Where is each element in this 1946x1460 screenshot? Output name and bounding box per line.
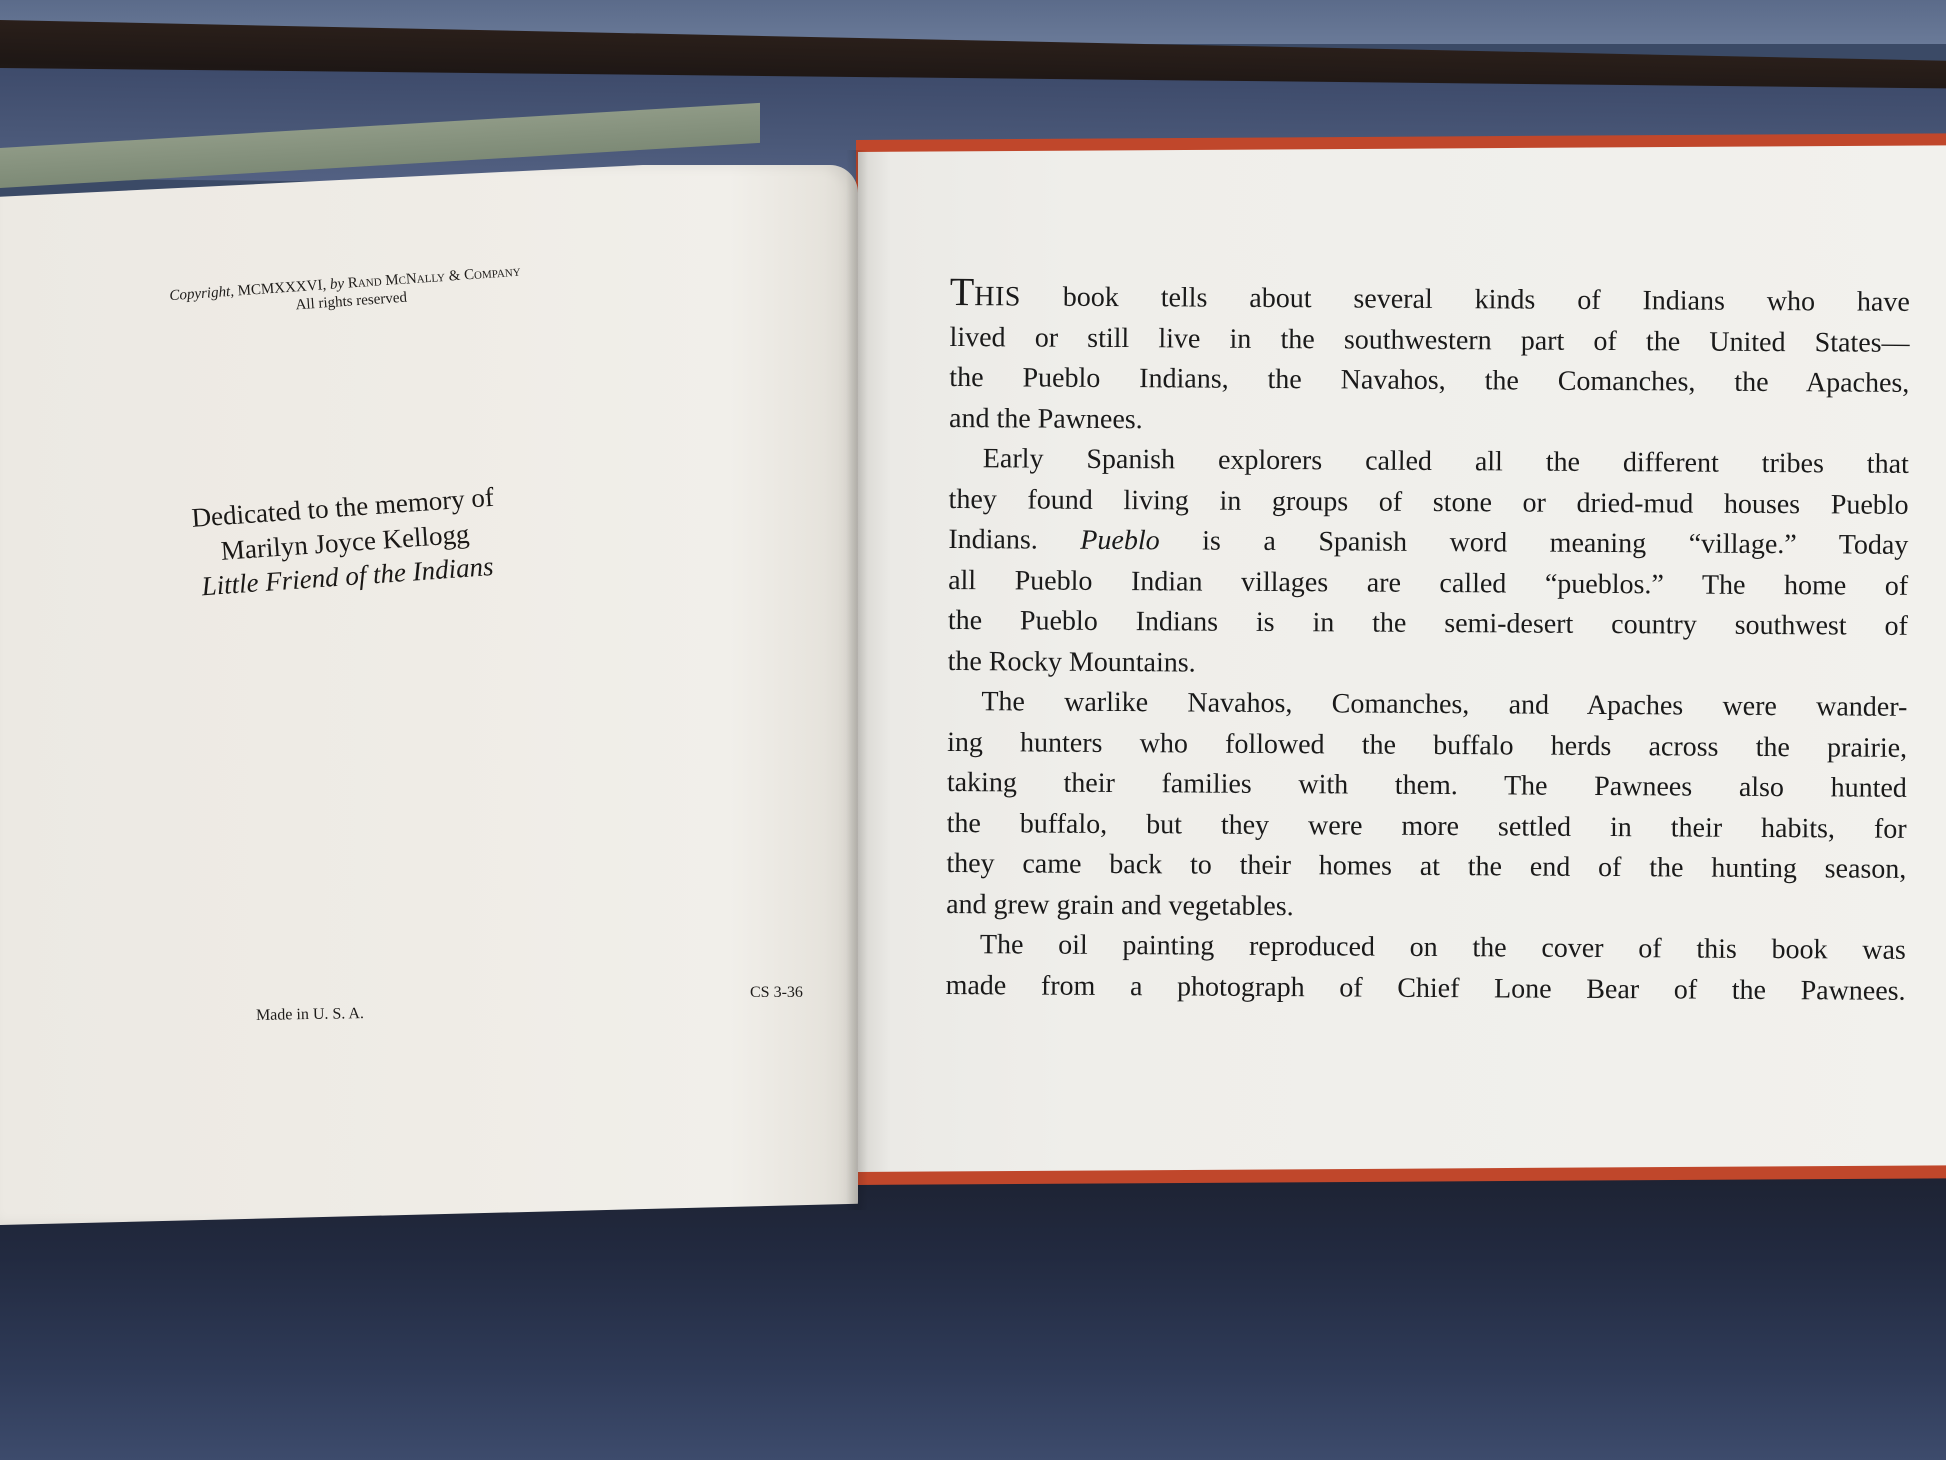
- paragraph-3-line-5: they came back to their homes at the end…: [946, 844, 1906, 890]
- paragraph-2-line-6: the Rocky Mountains.: [947, 641, 1907, 687]
- paragraph-1-line-4: and the Pawnees.: [949, 398, 1909, 444]
- paragraph-3-line-2: ing hunters who followed the buffalo her…: [947, 722, 1907, 768]
- paragraph-2-line-3: Indians. Pueblo is a Spanish word meanin…: [948, 520, 1908, 566]
- italic-word: Pueblo: [1080, 525, 1160, 556]
- made-in-label: Made in U. S. A.: [256, 1005, 364, 1025]
- paragraph-1-line-1: THIS book tells about several kinds of I…: [950, 272, 1910, 323]
- print-code: CS 3-36: [750, 984, 803, 1002]
- book-spine: [846, 150, 868, 1210]
- paragraph-4-line-2: made from a photograph of Chief Lone Bea…: [946, 965, 1906, 1011]
- paragraph-3-line-6: and grew grain and vegetables.: [946, 884, 1906, 930]
- small-caps: HIS: [974, 281, 1021, 312]
- paragraph-2-line-2: they found living in groups of stone or …: [948, 479, 1908, 525]
- copyright-by: by: [329, 276, 344, 293]
- paragraph-3-line-4: the buffalo, but they were more settled …: [947, 803, 1907, 849]
- paragraph-3-line-1: The warlike Navahos, Comanches, and Apac…: [947, 682, 1907, 728]
- body-text: THIS book tells about several kinds of I…: [946, 272, 1910, 1012]
- copyright-prefix: Copyright,: [169, 284, 235, 304]
- paragraph-1-line-3: the Pueblo Indians, the Navahos, the Com…: [949, 358, 1909, 404]
- paragraph-2-line-5: the Pueblo Indians is in the semi-desert…: [948, 601, 1908, 647]
- drop-cap: T: [950, 269, 975, 314]
- paragraph-4-line-1: The oil painting reproduced on the cover…: [946, 925, 1906, 971]
- paragraph-2-line-1: Early Spanish explorers called all the d…: [949, 439, 1909, 485]
- paragraph-2-line-4: all Pueblo Indian villages are called “p…: [948, 560, 1908, 606]
- paragraph-1-line-2: lived or still live in the southwestern …: [949, 317, 1909, 363]
- paragraph-3-line-3: taking their families with them. The Paw…: [947, 763, 1907, 809]
